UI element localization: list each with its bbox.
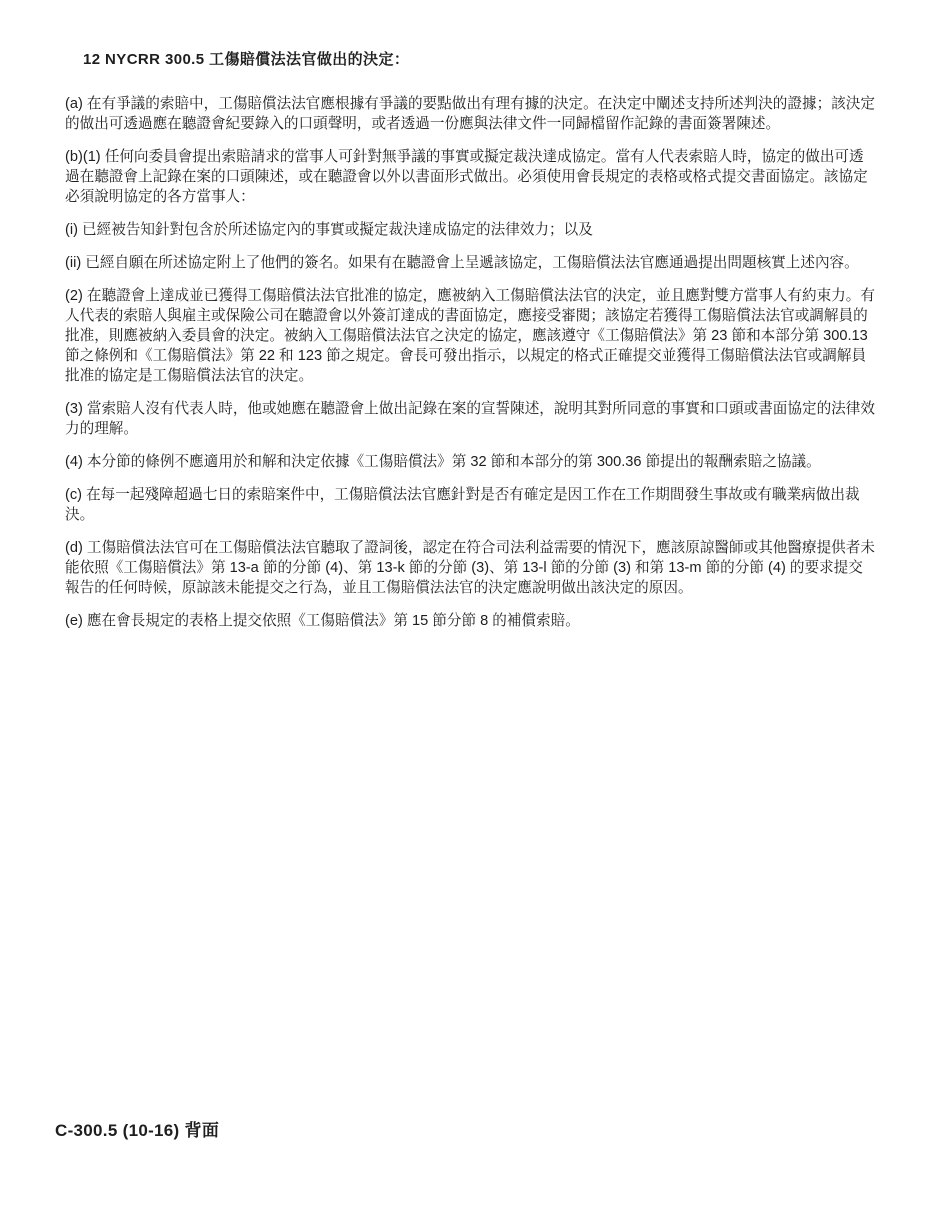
paragraph-c: (c) 在每一起殘障超過七日的索賠案件中，工傷賠償法法官應針對是否有確定是因工作… bbox=[65, 485, 877, 525]
document-page: 12 NYCRR 300.5 工傷賠償法法官做出的決定： (a) 在有爭議的索賠… bbox=[0, 0, 950, 1230]
paragraph-b1: (b)(1) 任何向委員會提出索賠請求的當事人可針對無爭議的事實或擬定裁決達成協… bbox=[65, 147, 877, 207]
paragraph-d: (d) 工傷賠償法法官可在工傷賠償法法官聽取了證詞後，認定在符合司法利益需要的情… bbox=[65, 538, 877, 598]
paragraph-a: (a) 在有爭議的索賠中，工傷賠償法法官應根據有爭議的要點做出有理有據的決定。在… bbox=[65, 94, 877, 134]
paragraph-e: (e) 應在會長規定的表格上提交依照《工傷賠償法》第 15 節分節 8 的補償索… bbox=[65, 611, 877, 631]
paragraph-b2: (2) 在聽證會上達成並已獲得工傷賠償法法官批准的協定，應被納入工傷賠償法法官的… bbox=[65, 286, 877, 386]
document-title: 12 NYCRR 300.5 工傷賠償法法官做出的決定： bbox=[83, 50, 877, 70]
paragraph-b4: (4) 本分節的條例不應適用於和解和決定依據《工傷賠償法》第 32 節和本部分的… bbox=[65, 452, 877, 472]
form-number-footer: C-300.5 (10-16) 背面 bbox=[55, 1116, 219, 1141]
paragraph-b3: (3) 當索賠人沒有代表人時，他或她應在聽證會上做出記錄在案的宣誓陳述，說明其對… bbox=[65, 399, 877, 439]
paragraph-b1-i: (i) 已經被告知針對包含於所述協定內的事實或擬定裁決達成協定的法律效力；以及 bbox=[65, 220, 877, 240]
document-body: 12 NYCRR 300.5 工傷賠償法法官做出的決定： (a) 在有爭議的索賠… bbox=[65, 50, 877, 644]
paragraph-b1-ii: (ii) 已經自願在所述協定附上了他們的簽名。如果有在聽證會上呈遞該協定，工傷賠… bbox=[65, 253, 877, 273]
